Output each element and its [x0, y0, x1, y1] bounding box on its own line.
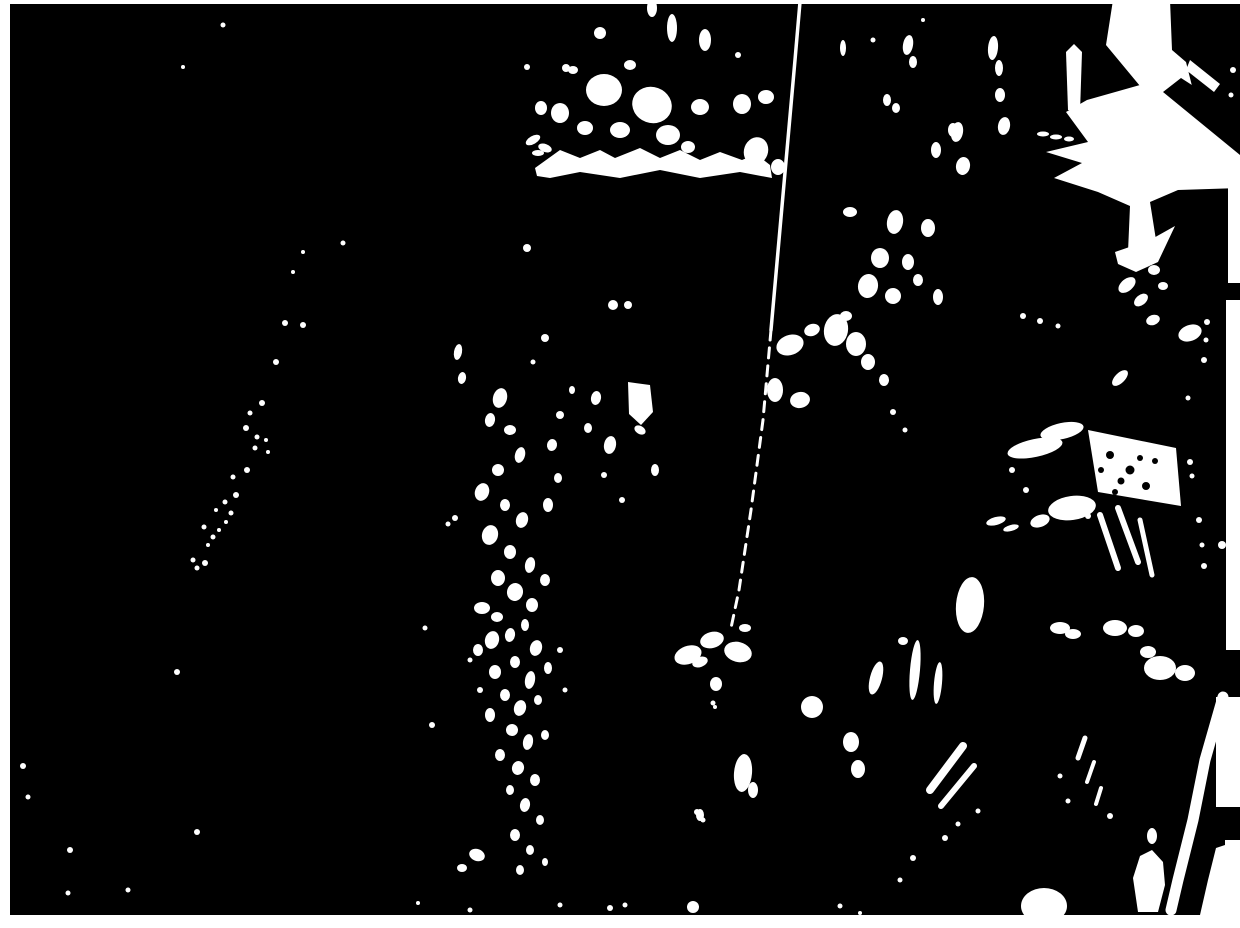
palm-leaf-highlight-ellipse [1050, 135, 1062, 140]
bottom-right-structures-ellipse [1147, 828, 1157, 844]
canopy-crown-cluster-dot [541, 334, 549, 342]
right-center-highlights-ellipse [767, 378, 783, 402]
lower-center-blobs-ellipse [526, 845, 534, 855]
center-foliage-blobs-ellipse [543, 498, 553, 512]
right-edge-strip-dot [1196, 517, 1202, 523]
left-speck-trail-dot [174, 669, 180, 675]
left-speck-trail-dot [341, 241, 346, 246]
canopy-crown-cluster-ellipse [667, 14, 677, 42]
vine-end-cluster-ellipse [710, 677, 722, 691]
lower-right-streaks-dot [1058, 774, 1063, 779]
lower-center-blobs-dot [607, 905, 613, 911]
lower-center-blobs-ellipse [516, 865, 524, 875]
left-speck-trail-dot [253, 446, 258, 451]
center-foliage-blobs-ellipse [500, 499, 510, 511]
left-speck-trail-dot [202, 525, 207, 530]
left-speck-trail-dot [224, 520, 228, 524]
upper-right-scatter-dot [871, 38, 876, 43]
sunlit-patch-shadow-dot [1118, 478, 1125, 485]
center-foliage-blobs-dot [601, 472, 607, 478]
sunlit-patch-shadow-dot [1098, 467, 1104, 473]
upper-right-scatter-dot [921, 18, 925, 22]
left-speck-trail-dot [231, 475, 236, 480]
lower-right-streaks-ellipse [898, 637, 908, 645]
lower-right-streaks-dot [976, 809, 981, 814]
palm-leaf-highlight-ellipse [1158, 282, 1168, 290]
left-speck-trail-dot [211, 535, 216, 540]
lower-center-blobs-ellipse [506, 785, 514, 795]
canopy-crown-cluster-dot [735, 52, 741, 58]
center-foliage-blobs-dot [452, 515, 458, 521]
lower-right-streaks-ellipse [1144, 656, 1176, 680]
palm-leaf-highlight-ellipse [1148, 265, 1160, 275]
binarized-photo [0, 0, 1240, 928]
canopy-crown-cluster-dot [624, 301, 632, 309]
left-speck-trail-dot [206, 543, 210, 547]
lower-right-streaks-ellipse [1103, 620, 1127, 636]
lower-center-blobs-ellipse [542, 858, 548, 866]
lower-right-streaks-dot [858, 911, 862, 915]
lower-center-blobs-dot [416, 901, 420, 905]
right-edge-strip-dot [1201, 563, 1207, 569]
sunlit-patch-shadow-dot [1106, 451, 1114, 459]
left-speck-trail-dot [300, 322, 306, 328]
lower-center-blobs-dot [468, 908, 473, 913]
upper-right-scatter-ellipse [948, 123, 958, 137]
lower-right-streaks-dot [1066, 799, 1071, 804]
photo-canvas [0, 0, 1240, 928]
lower-right-streaks-ellipse [851, 760, 865, 778]
center-foliage-blobs-ellipse [651, 464, 659, 476]
right-edge-strip-dot [1201, 357, 1207, 363]
lower-center-blobs-ellipse [544, 662, 552, 674]
left-speck-trail-dot [259, 400, 265, 406]
lower-right-streaks-dot [956, 822, 961, 827]
upper-right-scatter-ellipse [892, 103, 900, 113]
right-edge-strip-dot [1204, 319, 1210, 325]
lower-center-blobs-ellipse [457, 864, 467, 872]
upper-right-scatter-dot [1056, 324, 1061, 329]
center-foliage-blobs-ellipse [554, 473, 562, 483]
right-edge-strip-dot [1230, 67, 1236, 73]
canopy-crown-cluster-ellipse [577, 121, 593, 135]
center-foliage-blobs-ellipse [569, 386, 575, 394]
canopy-crown-cluster-ellipse [535, 101, 547, 115]
lower-right-streaks-ellipse [1128, 625, 1144, 637]
lower-right-streaks-ellipse [843, 732, 859, 752]
lower-center-blobs-ellipse [536, 815, 544, 825]
right-edge-strip-rect [1226, 300, 1240, 650]
left-speck-trail-dot [264, 438, 268, 442]
lower-right-streaks-ellipse [1065, 629, 1081, 639]
lower-right-streaks-ellipse [1175, 665, 1195, 681]
canopy-crown-cluster-dot [523, 244, 531, 252]
canopy-crown-cluster-ellipse [691, 99, 709, 115]
canopy-crown-cluster-dot [562, 64, 570, 72]
left-speck-trail-dot [273, 359, 279, 365]
bottom-right-structures-ellipse [1021, 888, 1067, 924]
sunlit-patch-shadow-dot [1112, 489, 1118, 495]
left-speck-trail-dot [217, 528, 221, 532]
upper-right-scatter-ellipse [885, 288, 901, 304]
left-speck-trail-dot [229, 511, 234, 516]
left-speck-trail-dot [223, 500, 228, 505]
right-center-highlights-ellipse [840, 311, 852, 321]
lower-center-blobs-dot [468, 658, 473, 663]
palm-leaf-highlight-polygon [1066, 44, 1082, 112]
upper-right-scatter-ellipse [913, 274, 923, 286]
canopy-crown-cluster-ellipse [586, 74, 622, 106]
center-foliage-blobs-ellipse [491, 612, 503, 622]
left-speck-trail-dot [255, 435, 260, 440]
center-foliage-blobs-ellipse [474, 602, 490, 614]
lower-right-streaks-dot [1107, 813, 1113, 819]
lower-center-blobs-dot [557, 647, 563, 653]
lower-center-blobs-ellipse [506, 724, 518, 736]
upper-right-scatter-dot [1037, 318, 1043, 324]
lower-center-blobs-ellipse [485, 708, 495, 722]
lower-center-blobs-dot [563, 688, 568, 693]
right-edge-strip-dot [1204, 338, 1209, 343]
right-edge-strip-dot [1218, 541, 1226, 549]
lower-right-streaks-dot [910, 855, 916, 861]
lower-center-blobs-ellipse [489, 665, 501, 679]
center-foliage-blobs-dot [619, 497, 625, 503]
upper-right-scatter-ellipse [843, 207, 857, 217]
center-foliage-blobs-ellipse [504, 545, 516, 559]
left-speck-trail-dot [282, 320, 288, 326]
lower-right-streaks-ellipse [1140, 646, 1156, 658]
lower-right-streaks-dot [898, 878, 903, 883]
vine-end-cluster-ellipse [801, 696, 823, 718]
center-foliage-blobs-ellipse [556, 411, 564, 419]
center-foliage-blobs-dot [446, 522, 451, 527]
lower-center-blobs-ellipse [510, 829, 520, 841]
sunlit-patch-shadow-dot [1152, 458, 1158, 464]
sunlit-patch-shadow-dot [1126, 466, 1135, 475]
canopy-crown-cluster-ellipse [699, 29, 711, 51]
palm-leaf-highlight-ellipse [1037, 132, 1049, 137]
upper-right-scatter-ellipse [883, 94, 891, 106]
left-speck-trail-dot [195, 566, 200, 571]
left-speck-trail-dot [191, 558, 196, 563]
right-center-highlights-ellipse [879, 374, 889, 386]
right-center-highlights-dot [890, 409, 896, 415]
left-speck-trail-dot [266, 450, 270, 454]
right-edge-strip-dot [1227, 582, 1234, 589]
left-speck-trail-dot [20, 763, 26, 769]
center-foliage-blobs-dot [531, 360, 536, 365]
sunlit-patch-dot [1009, 467, 1015, 473]
left-speck-trail-dot [233, 492, 239, 498]
vine-end-cluster-ellipse [687, 901, 699, 913]
lower-center-blobs-dot [477, 687, 483, 693]
left-speck-trail-dot [66, 891, 71, 896]
canopy-crown-cluster-ellipse [551, 103, 569, 123]
lower-center-blobs-ellipse [473, 644, 483, 656]
lower-center-blobs-dot [429, 722, 435, 728]
lower-center-blobs-ellipse [495, 749, 505, 761]
lower-right-streaks-dot [838, 904, 843, 909]
upper-right-scatter-ellipse [931, 142, 941, 158]
upper-right-scatter-ellipse [840, 40, 846, 56]
center-foliage-blobs-ellipse [504, 425, 516, 435]
canopy-crown-cluster-ellipse [624, 60, 636, 70]
upper-right-scatter-dot [1020, 313, 1026, 319]
lower-center-blobs-ellipse [541, 730, 549, 740]
left-speck-trail-dot [291, 270, 295, 274]
lower-center-blobs-ellipse [521, 619, 529, 631]
center-foliage-blobs-ellipse [491, 570, 505, 586]
left-speck-trail-dot [126, 888, 131, 893]
frame-border-rect [0, 0, 10, 928]
canopy-crown-cluster-ellipse [532, 150, 544, 156]
canopy-crown-cluster-dot [524, 64, 530, 70]
right-edge-strip-dot [1200, 543, 1205, 548]
vine-end-cluster-ellipse [748, 782, 758, 798]
canopy-crown-cluster-ellipse [733, 94, 751, 114]
center-foliage-blobs-ellipse [584, 423, 592, 433]
left-speck-trail-dot [214, 508, 218, 512]
canopy-crown-cluster-ellipse [758, 90, 774, 104]
right-edge-strip-dot [1229, 93, 1234, 98]
lower-center-blobs-dot [558, 903, 563, 908]
canopy-crown-cluster-dot [594, 27, 606, 39]
sunlit-patch-dot [1085, 513, 1091, 519]
right-edge-strip-dot [1187, 459, 1193, 465]
upper-right-scatter-ellipse [871, 248, 889, 268]
center-foliage-blobs-ellipse [540, 574, 550, 586]
right-center-highlights-ellipse [861, 354, 875, 370]
lower-center-blobs-ellipse [530, 774, 540, 786]
right-center-highlights-ellipse [846, 332, 866, 356]
left-speck-trail-dot [202, 560, 208, 566]
lower-center-blobs-ellipse [534, 695, 542, 705]
vine-end-cluster-dot [711, 701, 716, 706]
right-center-highlights-dot [903, 428, 908, 433]
palm-leaf-highlight-ellipse [1064, 137, 1074, 142]
right-edge-strip-dot [1190, 474, 1195, 479]
left-speck-trail-dot [181, 65, 185, 69]
left-speck-trail-dot [221, 23, 226, 28]
lower-right-streaks-dot [942, 835, 948, 841]
upper-right-scatter-ellipse [995, 88, 1005, 102]
lower-center-blobs-dot [623, 903, 628, 908]
vine-end-cluster-ellipse [739, 624, 751, 632]
sunlit-patch-shadow-dot [1142, 482, 1150, 490]
lower-center-blobs-ellipse [500, 689, 510, 701]
left-speck-trail-dot [244, 467, 250, 473]
sunlit-patch-dot [1023, 487, 1029, 493]
left-speck-trail-dot [301, 250, 305, 254]
sunlit-patch-shadow-dot [1137, 455, 1143, 461]
left-speck-trail-dot [26, 795, 31, 800]
right-edge-strip-dot [1232, 602, 1238, 608]
upper-right-scatter-ellipse [909, 56, 917, 68]
canopy-crown-cluster-dot [608, 300, 618, 310]
lower-center-blobs-dot [423, 626, 428, 631]
canopy-crown-cluster-ellipse [681, 141, 695, 153]
lower-center-blobs-ellipse [510, 656, 520, 668]
frame-border-rect [0, 0, 1240, 4]
left-speck-trail-dot [243, 425, 249, 431]
canopy-crown-cluster-ellipse [610, 122, 630, 138]
vine-end-cluster-dot [713, 705, 717, 709]
upper-right-scatter-ellipse [995, 60, 1003, 76]
upper-right-scatter-ellipse [902, 254, 914, 270]
canopy-crown-cluster-ellipse [771, 159, 785, 175]
left-speck-trail-dot [248, 411, 253, 416]
center-foliage-blobs-ellipse [492, 464, 504, 476]
center-foliage-blobs-ellipse [526, 598, 538, 612]
vine-end-cluster-dot [694, 809, 700, 815]
upper-right-scatter-ellipse [933, 289, 943, 305]
upper-right-scatter-ellipse [921, 219, 935, 237]
left-speck-trail-dot [67, 847, 73, 853]
right-edge-strip-dot [1186, 396, 1191, 401]
canopy-crown-cluster-ellipse [656, 125, 680, 145]
left-speck-trail-dot [194, 829, 200, 835]
vine-end-cluster-dot [701, 818, 706, 823]
